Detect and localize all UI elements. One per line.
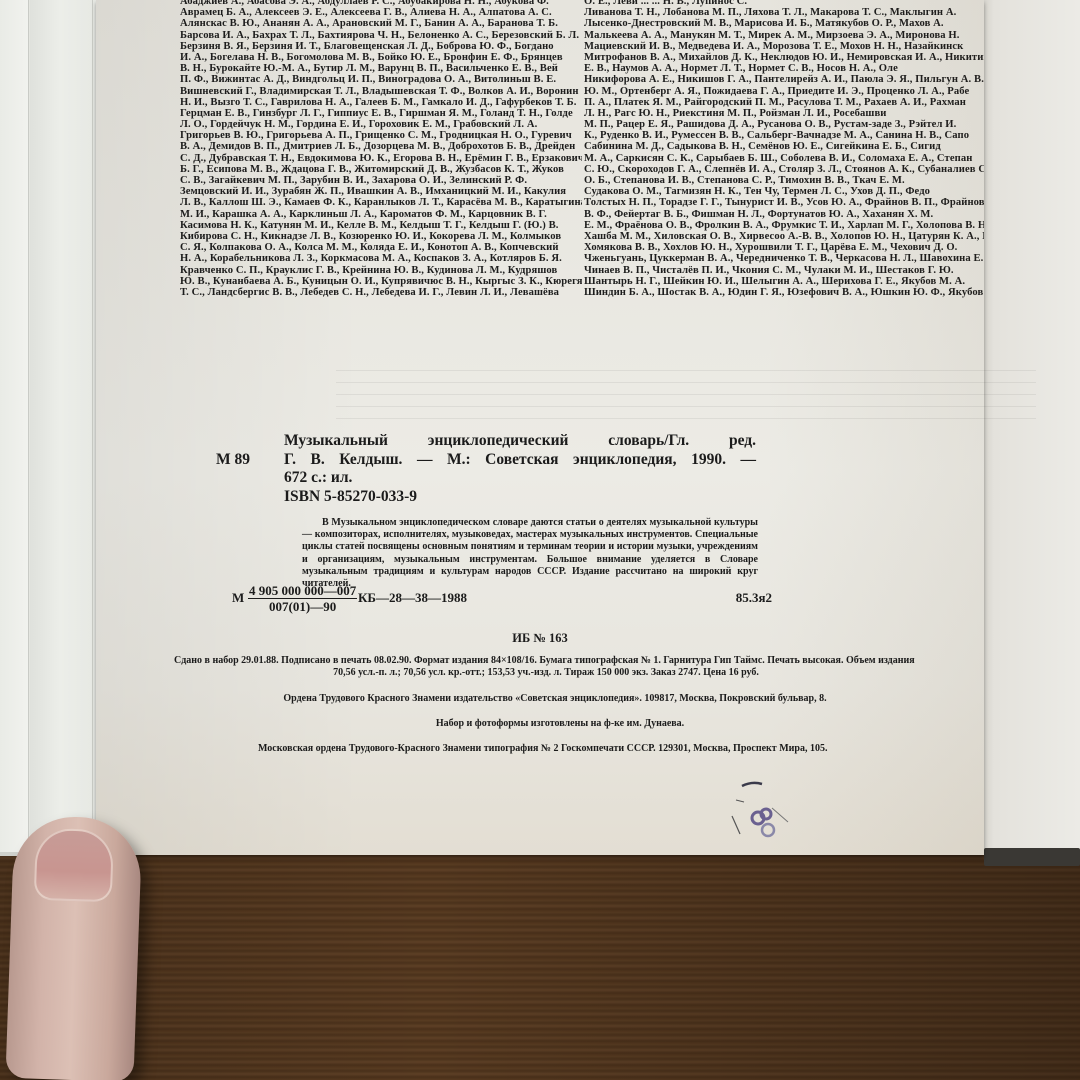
contributor-line: М. А., Саркисян С. К., Сарыбаев Б. Ш., С… [584,153,984,164]
contributor-line: Толстых Н. П., Торадзе Г. Г., Тынурист И… [584,197,984,208]
contributor-line: Григорьев В. Ю., Григорьева А. П., Грище… [180,130,582,141]
contributor-line: Л. О., Гордейчук Н. М., Гордина Е. И., Г… [180,119,582,130]
contributor-line: Хомякова В. В., Хохлов Ю. Н., Хурошвили … [584,242,984,253]
contributor-line: Е. М., Фраёнова О. В., Фролкин В. А., Фр… [584,220,984,231]
call-number: М 89 [216,451,284,470]
contributor-line: Чженьгуань, Цуккерман В. А., Чередниченк… [584,253,984,264]
printer-info: Московская ордена Трудового-Красного Зна… [258,743,827,755]
handwritten-mark-icon [728,778,808,848]
book-title-line-2: Г. В. Келдыш. — М.: Советская энциклопед… [284,451,756,470]
book-title-line-1: Музыкальный энциклопедический словарь/Гл… [284,432,756,451]
contributor-line: Шантырь Н. Г., Шейкин Ю. И., Шелыгин А. … [584,276,984,287]
classification-codes: М 4 905 000 000—007 007(01)—90 КБ—28—38—… [232,583,772,617]
isbn: ISBN 5-85270-033-9 [284,488,756,507]
contributor-line: Т. С., Ландсбергис В. В., Лебедев С. Н.,… [180,287,582,298]
colophon-line-1: Сдано в набор 29.01.88. Подписано в печа… [174,655,984,667]
contributor-line: О. Б., Степанова И. В., Степанова С. Р.,… [584,175,984,186]
contributor-line: Берзиня В. Я., Берзиня И. Т., Благовещен… [180,41,582,52]
contributor-line: Н. А., Корабельникова Л. З., Коркмасова … [180,253,582,264]
contributor-line: И. А., Богелава Н. В., Богомолова М. В.,… [180,52,582,63]
contributor-line: Касимова Н. К., Катунян М. И., Келле В. … [180,220,582,231]
contributor-line: Никифорова А. Е., Никишов Г. А., Пантели… [584,74,984,85]
contributor-line: Л. Н., Рагс Ю. Н., Риекстиня М. П., Ройз… [584,108,984,119]
contributor-line: Ю. М., Ортенберг А. Я., Пожидаева Г. А.,… [584,86,984,97]
contributor-line: О. Е., Леви ... ... Н. В., Лупинос С. [584,0,984,7]
contributor-line: С. В., Загайкевич М. П., Зарубин В. И., … [180,175,582,186]
contributor-line: Б. Г., Есипова М. В., Ждацова Г. В., Жит… [180,164,582,175]
code-fraction: 4 905 000 000—007 007(01)—90 [248,583,357,614]
code-prefix: М [232,590,244,606]
contributor-line: Абаджиев А., Абасова Э. А., Абдуллаев Р.… [180,0,582,7]
contributors-list-left: Абаджиев А., Абасова Э. А., Абдуллаев Р.… [180,0,582,298]
code-denominator: 007(01)—90 [248,599,357,614]
contributor-line: Судакова О. М., Тагмизян Н. К., Тен Чу, … [584,186,984,197]
contributor-line: Мациевский И. В., Медведева И. А., Мороз… [584,41,984,52]
contributor-line: Лысенко-Днестровский М. В., Марисова И. … [584,18,984,29]
contributor-line: Герцман Е. В., Гинзбург Л. Г., Гиппиус Е… [180,108,582,119]
contributor-line: К., Руденко В. И., Румессен В. В., Сальб… [584,130,984,141]
contributor-line: Ю. В., Кунанбаева А. Б., Куницын О. И., … [180,276,582,287]
contributor-line: Земцовский И. И., Зурабян Ж. П., Ивашкин… [180,186,582,197]
contributor-line: П. Ф., Вижинтас А. Д., Виндгольц И. П., … [180,74,582,85]
contributor-line: Митрофанов В. А., Михайлов Д. К., Неклюд… [584,52,984,63]
contributor-line: П. А., Платек Я. М., Райгородский П. М.,… [584,97,984,108]
contributor-line: Н. И., Вызго Т. С., Гаврилова Н. А., Гал… [180,97,582,108]
contributor-line: В. А., Демидов В. П., Дмитриев Л. Б., До… [180,141,582,152]
contributor-line: С. Д., Дубравская Т. Н., Евдокимова Ю. К… [180,153,582,164]
ib-number: ИБ № 163 [96,631,984,646]
contributor-line: В. Ф., Фейертаг В. Б., Фишман Н. Л., Фор… [584,209,984,220]
contributors-list-right: О. Е., Леви ... ... Н. В., Лупинос С.Лив… [584,0,984,298]
contributor-line: Малькеева А. А., Манукян М. Т., Мирек А.… [584,30,984,41]
finger [5,815,142,1080]
wooden-table [0,840,1080,1080]
contributor-line: Хашба М. М., Хиловская О. В., Хирвесоо А… [584,231,984,242]
bbk-code: 85.3я2 [736,590,772,606]
contributor-line: М. И., Карашка А. А., Карклиньш Л. А., К… [180,209,582,220]
contributor-line: Л. В., Каллош Ш. Э., Камаев Ф. К., Каран… [180,197,582,208]
contributor-line: Вишневский Г., Владимирская Т. Л., Влады… [180,86,582,97]
code-numerator: 4 905 000 000—007 [248,583,357,599]
kb-code: КБ—28—38—1988 [358,590,467,606]
contributor-line: М. П., Рацер Е. Я., Рашидова Д. А., Руса… [584,119,984,130]
contributor-line: Ливанова Т. Н., Лобанова М. П., Ляхова Т… [584,7,984,18]
contributor-line: Аврамец Б. А., Алексеев Э. Е., Алексеева… [180,7,582,18]
book-cover-edge [984,848,1080,866]
contributor-line: С. Ю., Скороходов Г. А., Слепнёв И. А., … [584,164,984,175]
contributor-line: С. Я., Колпакова О. А., Колса М. М., Кол… [180,242,582,253]
typesetting-info: Набор и фотоформы изготовлены на ф-ке им… [96,718,984,730]
contributor-line: В. Н., Бурокайте Ю.-М. А., Бутир Л. М., … [180,63,582,74]
contributor-line: Чинаев В. П., Чисталёв П. И., Чкония С. … [584,265,984,276]
contributor-line: Сабинина М. Д., Садыкова В. Н., Семёнов … [584,141,984,152]
page-count: 672 с.: ил. [284,469,756,488]
left-page-stack [0,0,110,856]
contributor-line: Шиндин Б. А., Шостак В. А., Юдин Г. Я., … [584,287,984,298]
page-edge [92,0,93,852]
show-through-text [336,370,1036,430]
fingernail [34,828,114,903]
contributor-line: Кибирова С. Н., Кикнадзе Л. В., Козюренк… [180,231,582,242]
contributor-line: Кравченко С. П., Крауклис Г. В., Крейнин… [180,265,582,276]
book-annotation: В Музыкальном энциклопедическом словаре … [302,517,758,590]
page-edge [28,0,29,852]
contributor-line: Е. В., Наумов А. А., Нормет Л. Т., Норме… [584,63,984,74]
catalog-card: Музыкальный энциклопедический словарь/Гл… [216,432,756,506]
colophon-line-2: 70,56 усл.-п. л.; 70,56 усл. кр.-отт.; 1… [96,667,906,679]
publisher-info: Ордена Трудового Красного Знамени издате… [96,693,984,705]
contributor-line: Барсова И. А., Бахрах Т. Л., Бахтиярова … [180,30,582,41]
contributor-line: Алянскас В. Ю., Ананян А. А., Арановский… [180,18,582,29]
